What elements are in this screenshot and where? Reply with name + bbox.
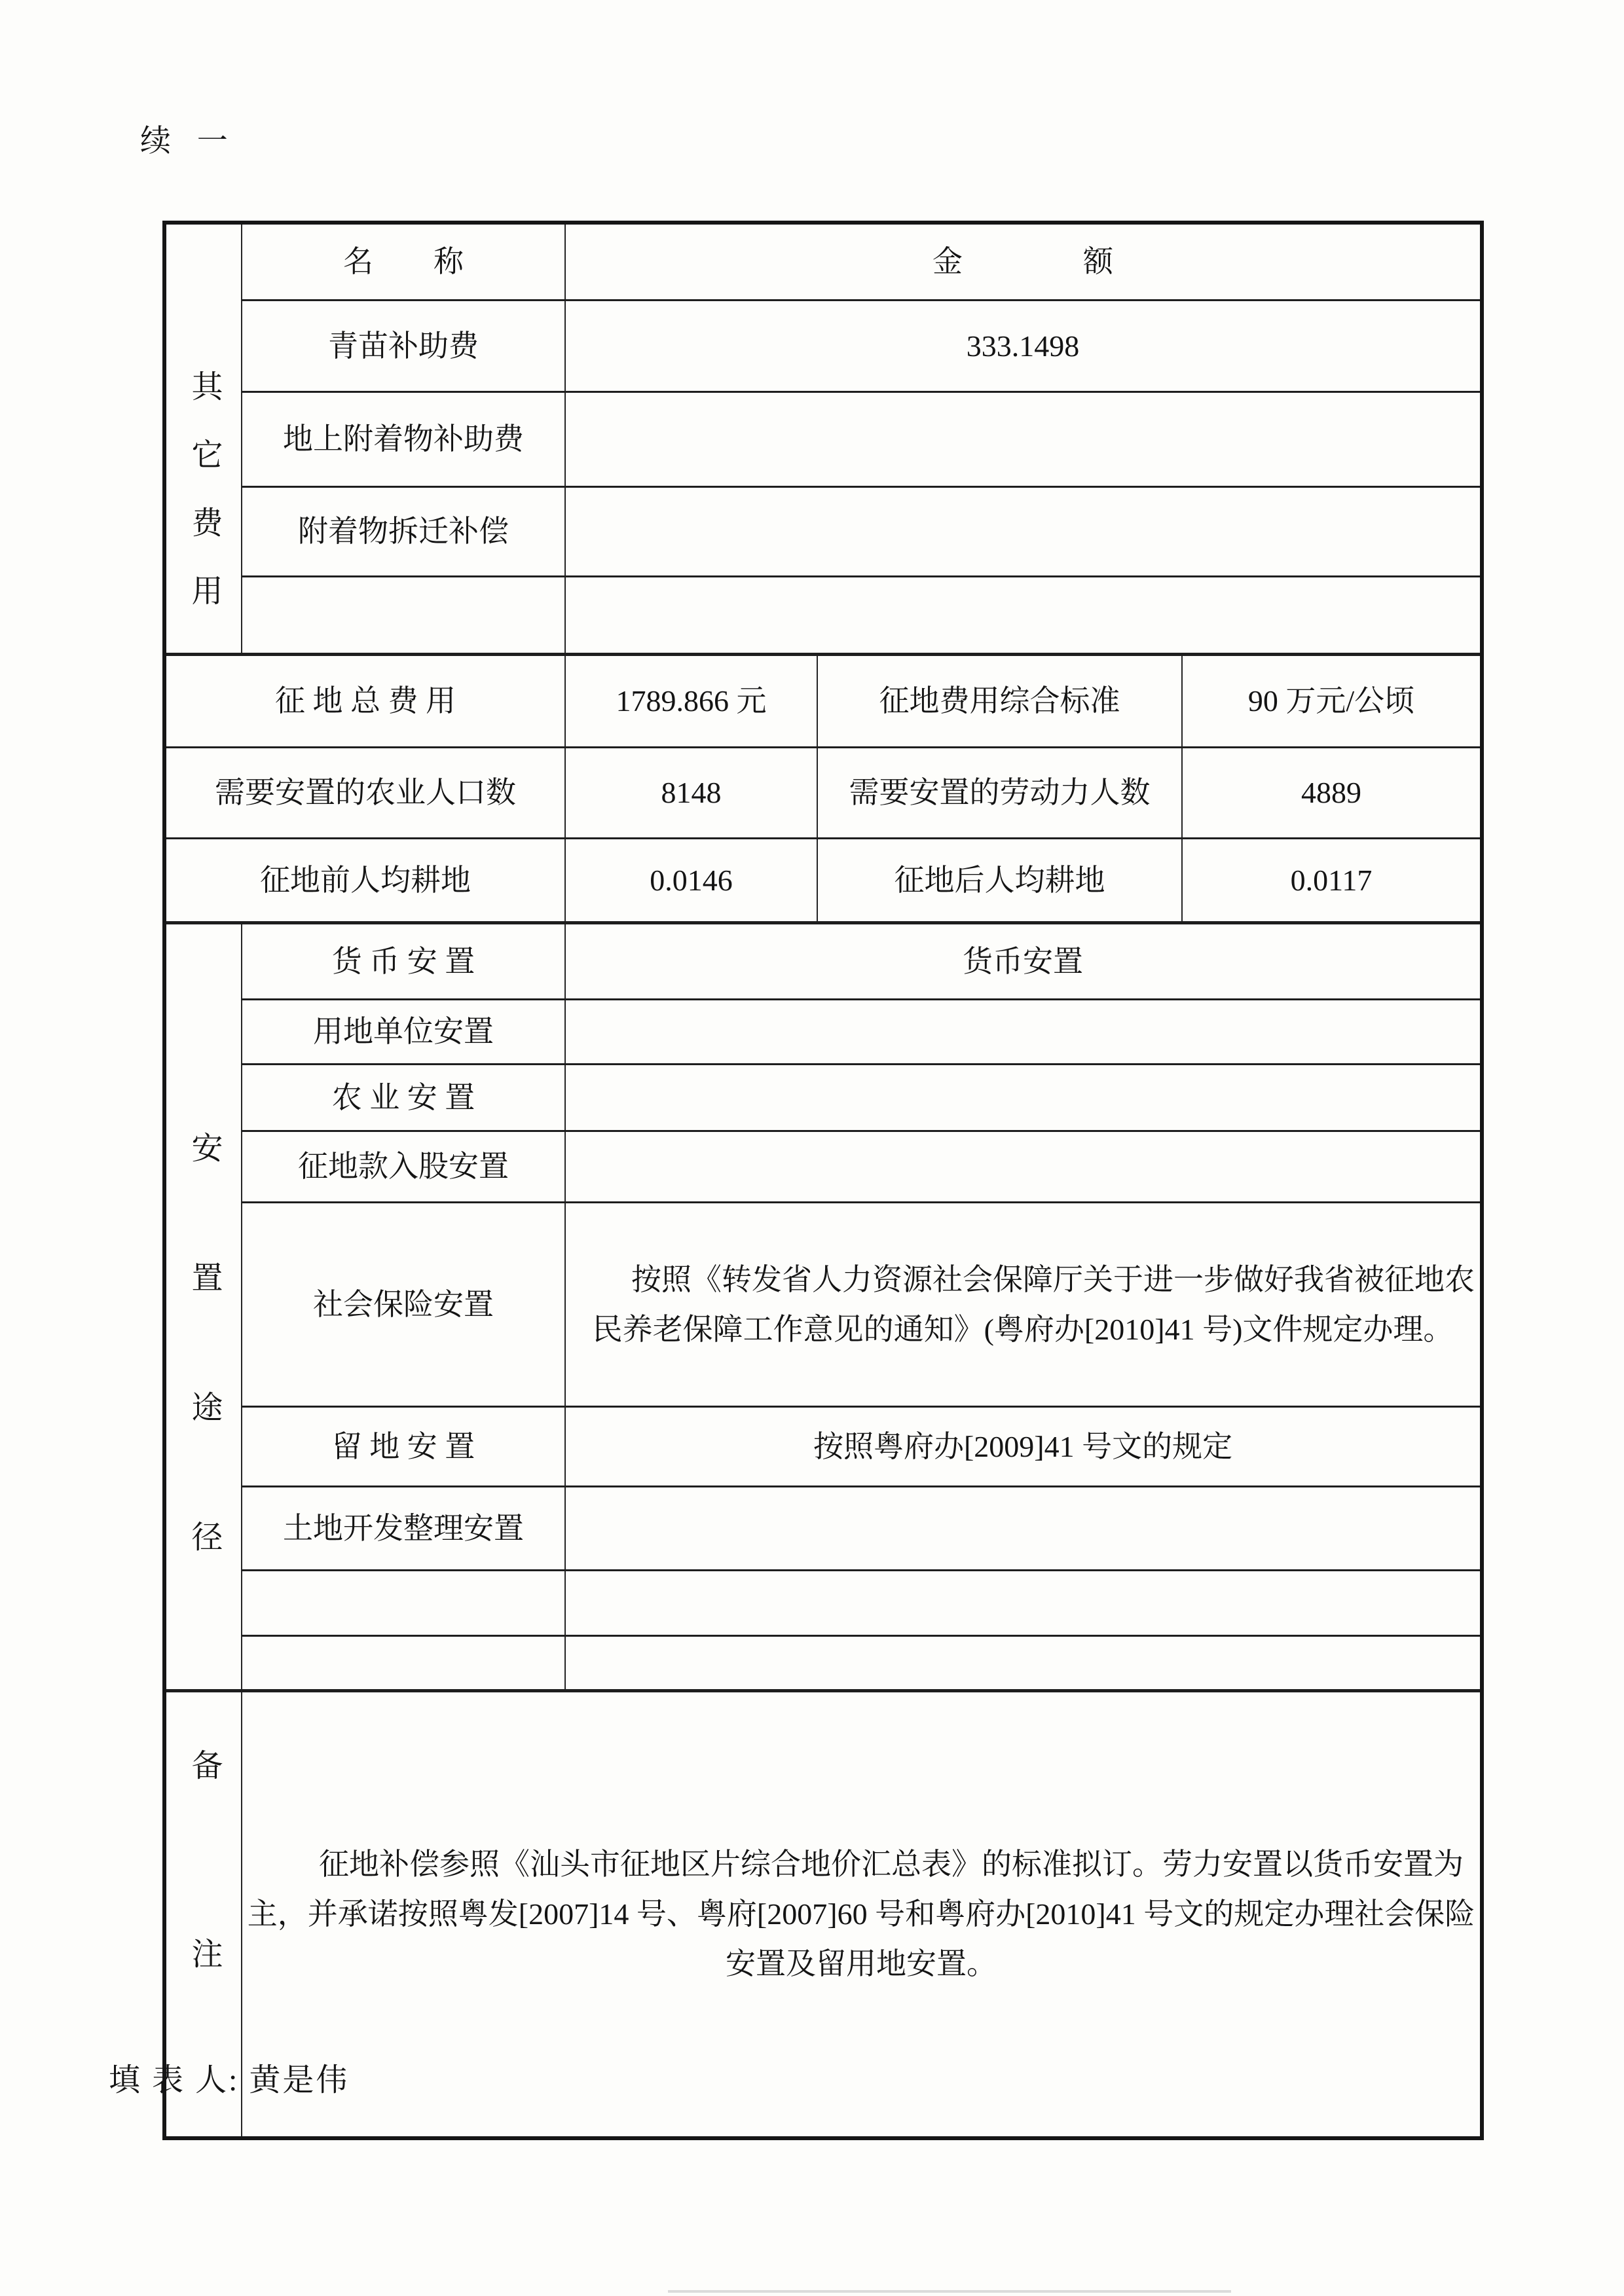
land-user-resettlement-label: 用地单位安置	[242, 1000, 565, 1065]
ground-attachment-subsidy-amount	[565, 392, 1482, 487]
remarks-paragraph: 征地补偿参照《汕头市征地区片综合地价汇总表》的标准拟订。劳力安置以货币安置为主，…	[242, 1840, 1480, 1989]
attachment-demolition-compensation-label: 附着物拆迁补偿	[242, 487, 565, 577]
agricultural-resettlement-value	[565, 1065, 1482, 1131]
equity-resettlement-label: 征地款入股安置	[242, 1131, 565, 1203]
social-insurance-resettlement-label: 社会保险安置	[242, 1203, 565, 1407]
comprehensive-standard-label: 征地费用综合标准	[817, 655, 1182, 748]
farmland-before-value: 0.0146	[565, 839, 817, 923]
other-fees-empty-amount	[565, 577, 1482, 655]
land-requisition-table: 其它费用 名 称 金 额 青苗补助费 333.1498 地上附着物补助费 附着物…	[162, 221, 1484, 2140]
agricultural-resettlement-label: 农 业 安 置	[242, 1065, 565, 1131]
resettlement-strip: 安置途径	[164, 923, 242, 1691]
attachment-demolition-compensation-amount	[565, 487, 1482, 577]
name-column-header: 名 称	[242, 223, 565, 301]
total-land-fee-value: 1789.866 元	[565, 655, 817, 748]
scanned-form-page: 续 一 其它费用 名 称 金 额 青苗补助费 333.1498 地上附着物补助费…	[0, 0, 1624, 2296]
agricultural-population-value: 8148	[565, 748, 817, 839]
farmland-after-label: 征地后人均耕地	[817, 839, 1182, 923]
reserved-land-resettlement-content: 按照粤府办[2009]41 号文的规定	[565, 1407, 1482, 1487]
total-land-fee-label: 征 地 总 费 用	[164, 655, 565, 748]
equity-resettlement-value	[565, 1131, 1482, 1203]
resettlement-empty-row-1-label	[242, 1571, 565, 1636]
farmland-after-value: 0.0117	[1182, 839, 1482, 923]
agricultural-population-label: 需要安置的农业人口数	[164, 748, 565, 839]
crop-subsidy-amount: 333.1498	[565, 301, 1482, 392]
resettlement-strip-label: 安置途径	[188, 953, 219, 1650]
social-insurance-paragraph: 按照《转发省人力资源社会保障厅关于进一步做好我省被征地农民养老保障工作意见的通知…	[566, 1255, 1480, 1355]
resettlement-empty-row-1-content	[565, 1571, 1482, 1636]
resettlement-empty-row-2-label	[242, 1636, 565, 1691]
land-development-resettlement-label: 土地开发整理安置	[242, 1487, 565, 1571]
remarks-content-cell: 征地补偿参照《汕头市征地区片综合地价汇总表》的标准拟订。劳力安置以货币安置为主，…	[242, 1691, 1482, 2139]
continuation-label: 续 一	[140, 117, 237, 160]
amount-column-header: 金 额	[565, 223, 1482, 301]
land-user-resettlement-value	[565, 1000, 1482, 1065]
ground-attachment-subsidy-label: 地上附着物补助费	[242, 392, 565, 487]
resettlement-empty-row-2-content	[565, 1636, 1482, 1691]
land-development-resettlement-content	[565, 1487, 1482, 1571]
reserved-land-resettlement-label: 留 地 安 置	[242, 1407, 565, 1487]
labor-population-label: 需要安置的劳动力人数	[817, 748, 1182, 839]
labor-population-value: 4889	[1182, 748, 1482, 839]
scanner-artifact	[668, 2290, 1231, 2293]
crop-subsidy-label: 青苗补助费	[242, 301, 565, 392]
form-filler-line: 填 表 人: 黄是伟	[109, 2054, 349, 2100]
farmland-before-label: 征地前人均耕地	[164, 839, 565, 923]
monetary-resettlement-label: 货 币 安 置	[242, 923, 565, 1000]
social-insurance-resettlement-content: 按照《转发省人力资源社会保障厅关于进一步做好我省被征地农民养老保障工作意见的通知…	[565, 1203, 1482, 1407]
comprehensive-standard-value: 90 万元/公顷	[1182, 655, 1482, 748]
other-fees-strip: 其它费用	[164, 223, 242, 655]
other-fees-empty-label	[242, 577, 565, 655]
other-fees-strip-label: 其它费用	[188, 225, 219, 642]
monetary-resettlement-value: 货币安置	[565, 923, 1482, 1000]
